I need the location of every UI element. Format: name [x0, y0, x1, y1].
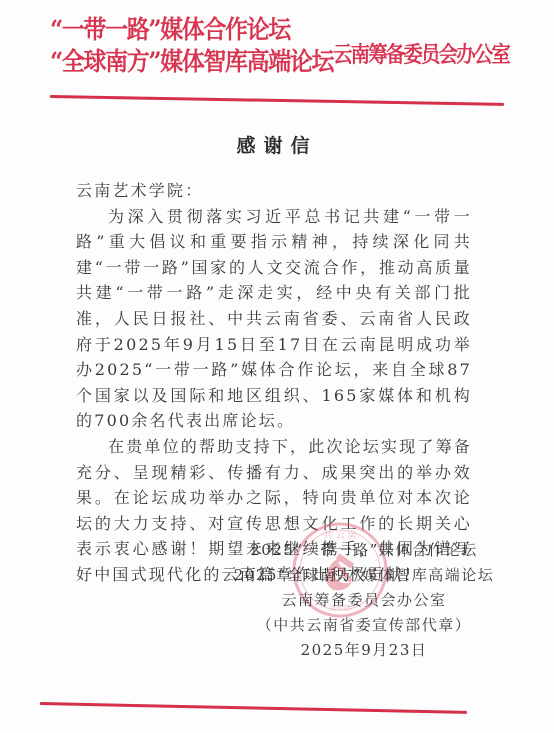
signature-date: 2025年9月23日: [230, 638, 498, 663]
letterhead-forum-names: “一带一路”媒体合作论坛 “全球南方”媒体智库高端论坛: [50, 14, 358, 78]
letter-title: 感谢信: [0, 131, 554, 158]
signature-line-1: 2025“一带一路”媒体合作论坛: [230, 538, 498, 563]
signature-line-4: （中共云南省委宣传部代章）: [230, 613, 498, 638]
signature-block: 2025“一带一路”媒体合作论坛 2025“全球南方”媒体智库高端论坛 云南筹备…: [230, 538, 498, 663]
letterhead: “一带一路”媒体合作论坛 “全球南方”媒体智库高端论坛 云南筹备委员会办公室: [0, 0, 554, 110]
letterhead-line-1: “一带一路”媒体合作论坛: [50, 14, 333, 46]
footer-divider: [40, 702, 467, 714]
salutation: 云南艺术学院：: [76, 178, 472, 204]
letter-body: 云南艺术学院： 为深入贯彻落实习近平总书记共建“一带一路”重大倡议和重要指示精神…: [76, 178, 472, 588]
letterhead-office-name: 云南筹备委员会办公室: [333, 38, 509, 69]
signature-line-2: 2025“全球南方”媒体智库高端论坛: [230, 563, 498, 588]
body-paragraph-1: 为深入贯彻落实习近平总书记共建“一带一路”重大倡议和重要指示精神，持续深化同共建…: [76, 204, 472, 434]
signature-line-3: 云南筹备委员会办公室: [230, 588, 498, 613]
letterhead-line-2: “全球南方”媒体智库高端论坛: [50, 46, 333, 78]
